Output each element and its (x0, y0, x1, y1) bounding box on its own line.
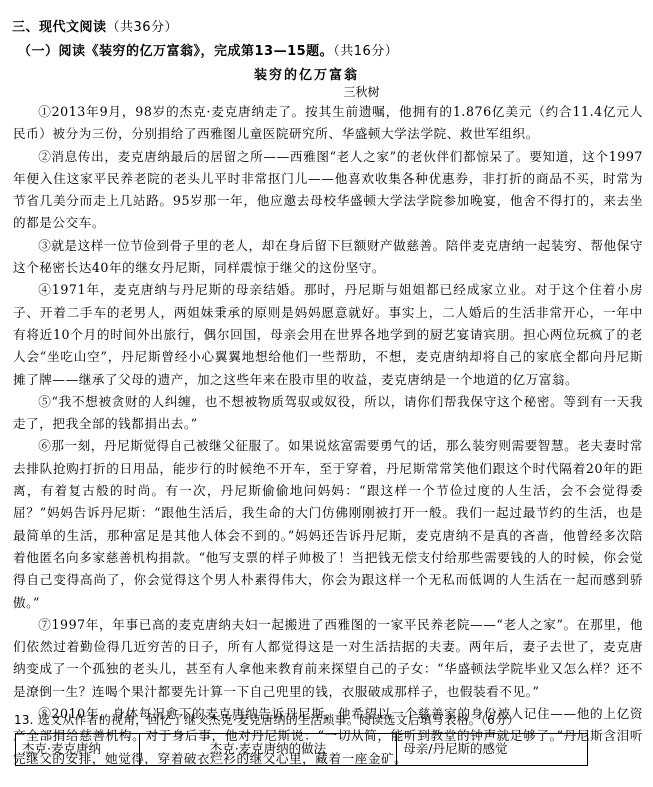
paragraph-6: ⑥那一刻，丹尼斯觉得自己被继父征服了。如果说炫富需要勇气的话，那么装穷则需要智慧… (13, 435, 643, 613)
exam-page: 三、现代文阅读（共36分） （一）阅读《装穷的亿万富翁》，完成第13—15题。（… (0, 0, 653, 787)
paragraph-7: ⑦1997年，年事已高的麦克唐纳夫妇一起搬进了西雅图的一家平民养老院——“老人之… (13, 614, 643, 703)
table-header-feelings[interactable]: 母亲/丹尼斯的感觉 (397, 734, 588, 766)
question-13: 13. 选文从作者的视角，回忆了继父杰克·麦克唐纳的生活琐事。阅读选文后填写表格… (14, 711, 519, 728)
table-header-actions[interactable]: 杰克·麦克唐纳的做法 (139, 734, 397, 766)
paragraph-2: ②消息传出，麦克唐纳最后的居留之所——西雅图“老人之家”的老伙伴们都惊呆了。要知… (13, 146, 643, 235)
article-title: 装穷的亿万富翁 (0, 64, 653, 83)
paragraph-4: ④1971年，麦克唐纳与丹尼斯的母亲结婚。那时，丹尼斯与姐姐都已经成家立业。对于… (13, 279, 643, 390)
section-title: 三、现代文阅读 (12, 20, 107, 35)
paragraph-1: ①2013年9月，98岁的杰克·麦克唐纳走了。按其生前遗嘱，他拥有的1.876亿… (13, 101, 643, 146)
section-heading: 三、现代文阅读（共36分） (12, 16, 178, 35)
article-author: 三秋树 (0, 83, 653, 100)
answer-table: 杰克·麦克唐纳 杰克·麦克唐纳的做法 母亲/丹尼斯的感觉 (15, 733, 588, 766)
paragraph-5: ⑤“我不想被贪财的人纠缠，也不想被物质驾驭或奴役，所以，请你们帮我保守这个秘密。… (13, 391, 643, 436)
subsection-title: （一）阅读《装穷的亿万富翁》，完成第13—15题。 (18, 44, 333, 59)
paragraph-3: ③就是这样一位节俭到骨子里的老人，却在身后留下巨额财产做慈善。陪伴麦克唐纳一起装… (13, 235, 643, 280)
article-body: ①2013年9月，98岁的杰克·麦克唐纳走了。按其生前遗嘱，他拥有的1.876亿… (13, 101, 643, 770)
subsection-score: （共16分） (333, 44, 398, 59)
table-row: 杰克·麦克唐纳 杰克·麦克唐纳的做法 母亲/丹尼斯的感觉 (16, 734, 588, 766)
subsection-heading: （一）阅读《装穷的亿万富翁》，完成第13—15题。（共16分） (18, 40, 398, 59)
table-header-subject[interactable]: 杰克·麦克唐纳 (16, 734, 140, 766)
section-score: （共36分） (107, 20, 179, 35)
